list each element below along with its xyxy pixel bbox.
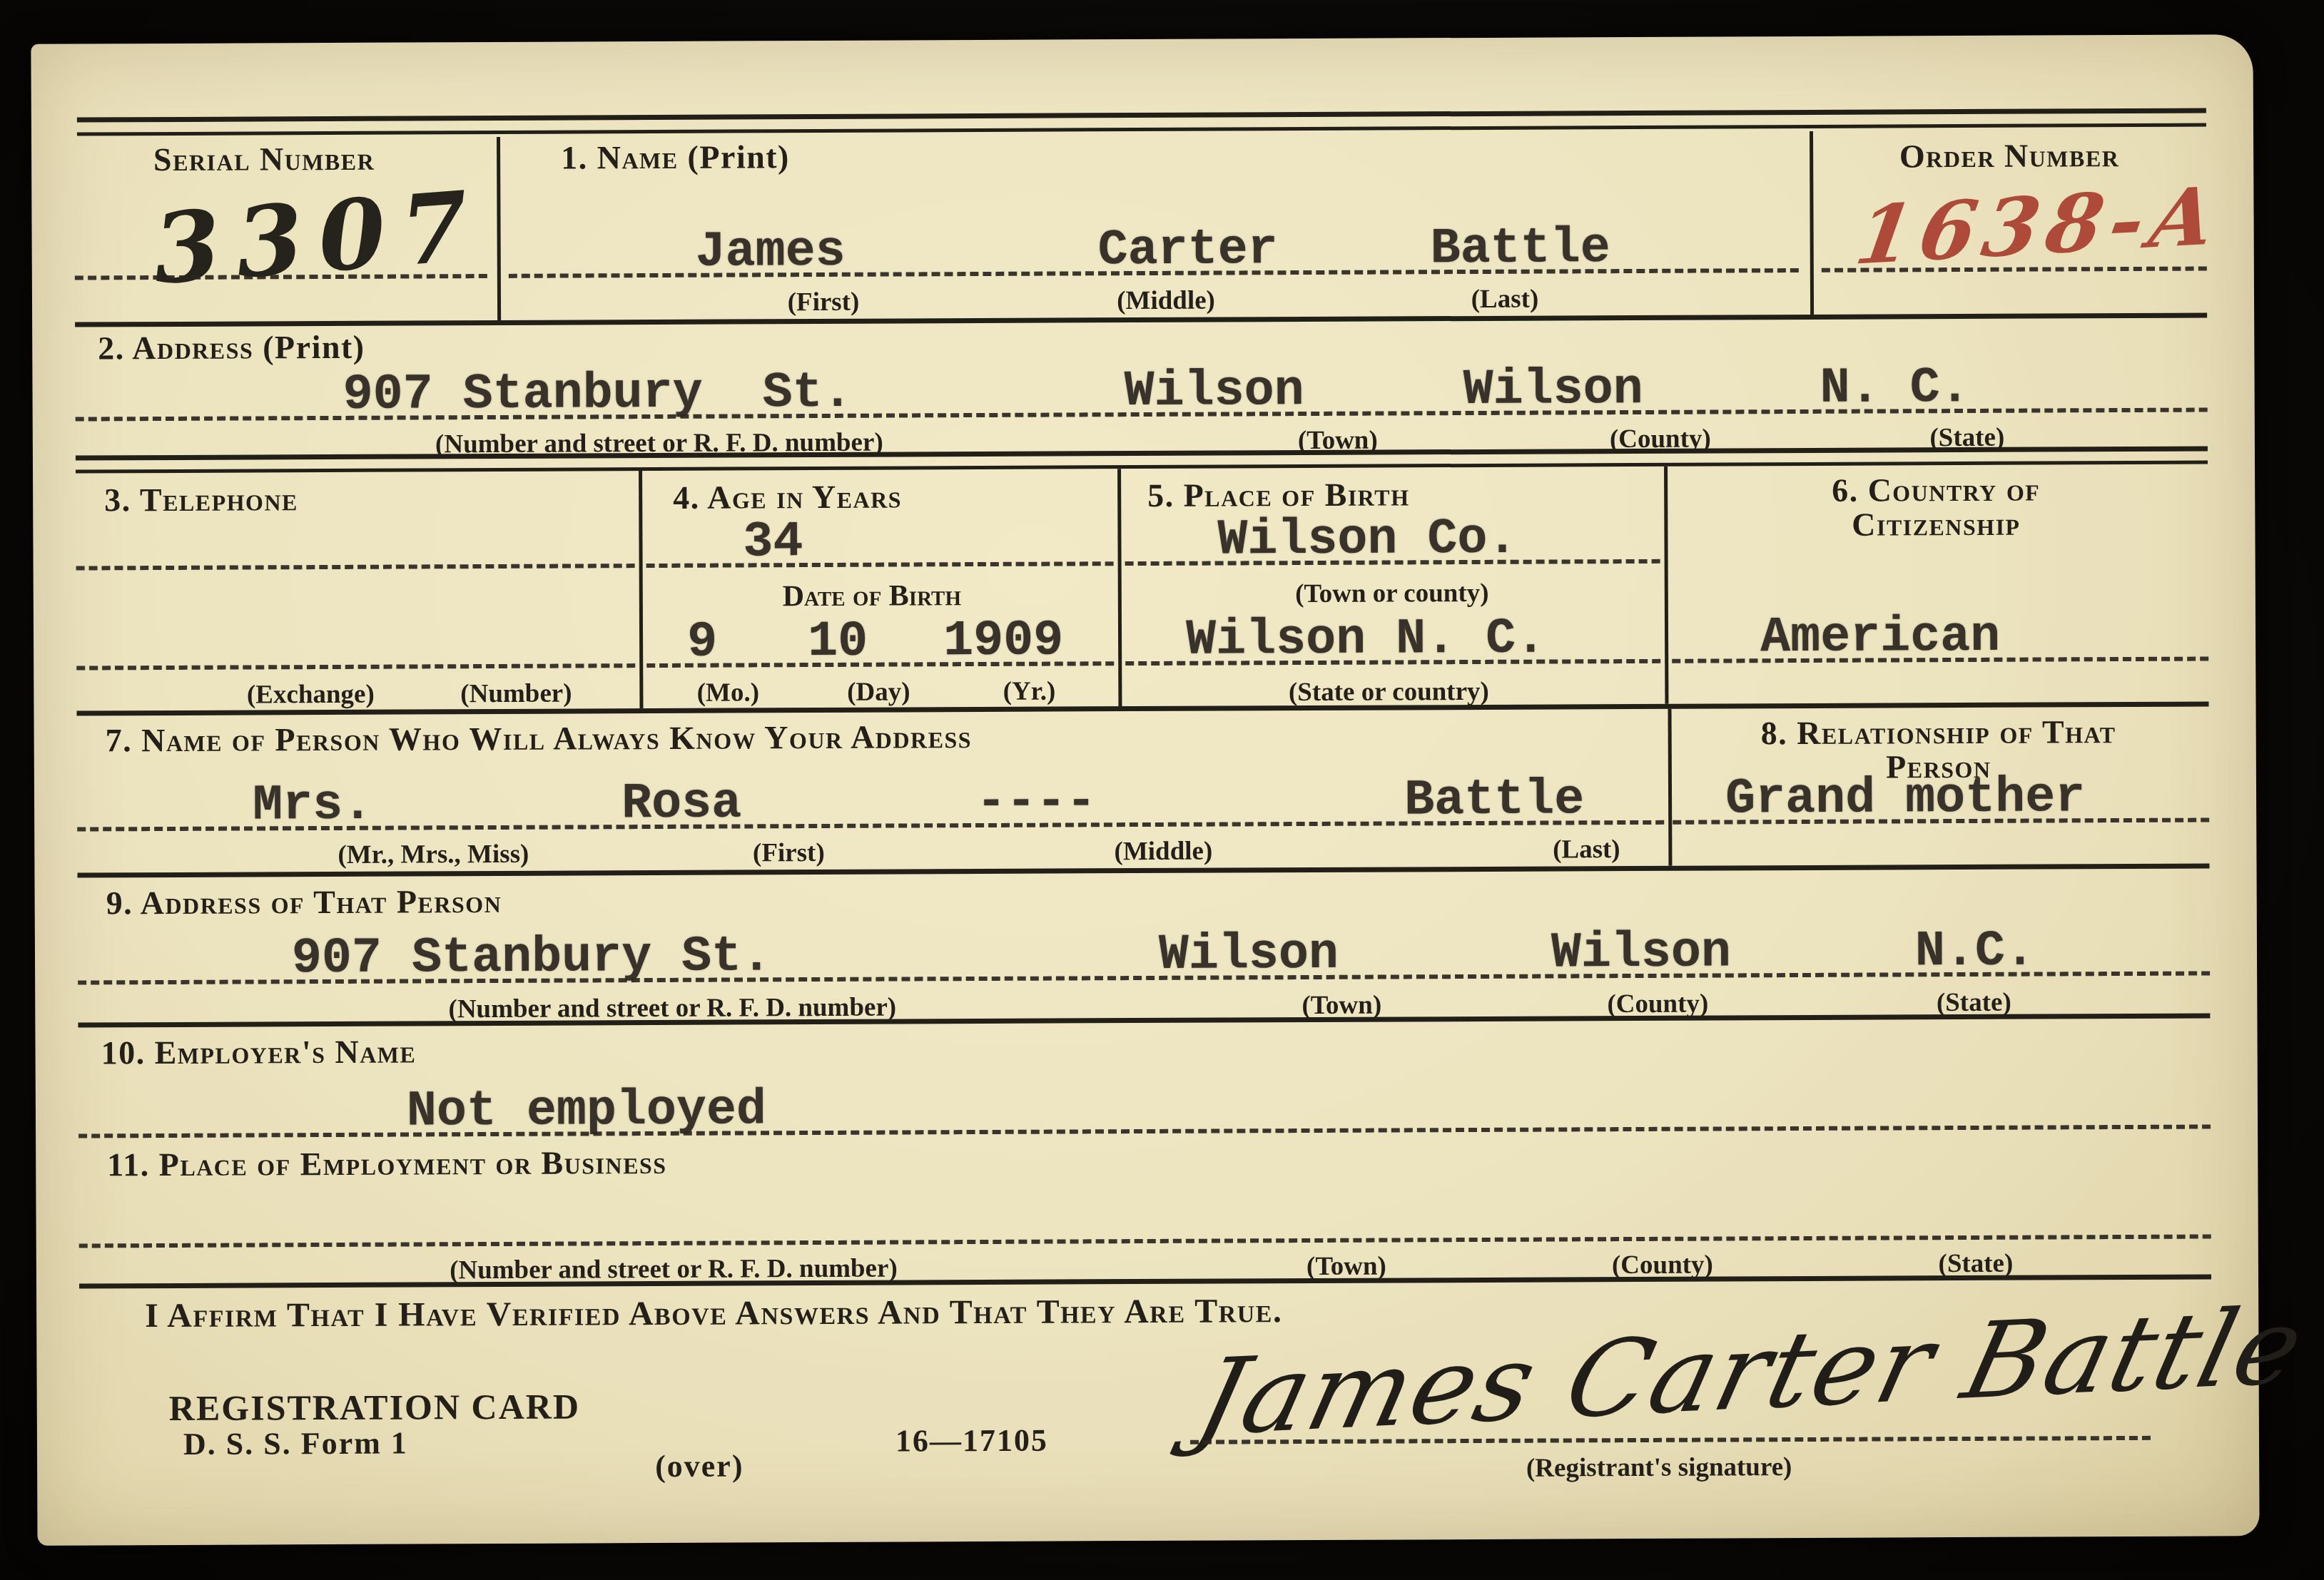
card-title: REGISTRATION CARD [169,1385,580,1429]
year-caption: (Yr.) [1003,676,1055,707]
day-caption: (Day) [847,676,910,707]
name-middle-value: Carter [1098,225,1278,276]
scan-background: Serial Number 3307 1. Name (Print) James… [0,0,2324,1580]
employer-value: Not employed [407,1086,766,1137]
address-heading-main: 2. Address [98,329,253,366]
name-heading-main: 1. Name [561,139,679,176]
birthplace-heading: 5. Place of Birth [1147,476,1410,513]
name-last-value: Battle [1431,224,1610,275]
signature-caption: (Registrant's signature) [1526,1452,1792,1484]
contact-heading: 7. Name of Person Who Will Always Know Y… [106,719,973,758]
form-number: D. S. S. Form 1 [183,1425,408,1462]
address-town-value: Wilson [1124,367,1304,417]
date-of-birth-heading: Date of Birth [783,579,961,613]
citizenship-value: American [1760,613,2000,663]
over-note: (over) [655,1447,744,1484]
top-rule-inner [77,123,2206,136]
middle-name-caption: (Middle) [1117,285,1215,317]
contact-address-county-value: Wilson [1551,928,1731,979]
row9-bottom-rule [78,1013,2210,1027]
address-state-value: N. C. [1820,364,1969,414]
order-number-heading: Order Number [1810,137,2209,174]
employment-place-heading: 11. Place of Employment or Business [107,1145,666,1183]
employment-county-caption: (County) [1612,1250,1713,1281]
registrant-signature: James Carter Battle [1188,1293,2313,1451]
age-writing-line [646,561,1114,568]
birthplace-town-caption: (Town or county) [1295,578,1489,609]
contact-address-town-value: Wilson [1159,930,1339,981]
relationship-heading-line1: 8. Relationship of That [1668,713,2209,751]
age-birthplace-divider [1117,469,1122,706]
birthplace-state-caption: (State or country) [1289,676,1489,708]
contact-address-heading: 9. Address of That Person [106,884,502,921]
birthplace-state-value: Wilson N. C. [1186,615,1546,666]
contact-middle-value: ---- [976,778,1096,828]
employer-writing-line [78,1124,2211,1138]
contact-title-caption: (Mr., Mrs., Miss) [338,839,529,870]
top-rule-outer [77,108,2206,123]
birth-day-value: 10 [808,618,868,668]
telephone-writing-line-upper [76,564,635,570]
number-caption: (Number) [460,678,572,710]
employer-heading: 10. Employer's Name [101,1034,416,1071]
age-heading: 4. Age in Years [673,479,902,515]
relationship-value: Grand mother [1725,773,2085,825]
contact-address-state-caption: (State) [1937,987,2011,1018]
citizenship-heading-line2: Citizenship [1664,505,2208,543]
order-number-value: 1638-A [1850,176,2226,277]
contact-address-state-value: N.C. [1915,927,2035,978]
contact-middle-caption: (Middle) [1114,836,1212,867]
first-name-caption: (First) [788,287,860,317]
row2-bottom-rule-outer [76,446,2208,460]
telephone-age-divider [639,471,643,708]
age-value: 34 [743,518,803,568]
order-writing-line [1822,267,2207,272]
contact-first-caption: (First) [753,837,825,868]
telephone-writing-line-lower [76,663,635,670]
address-street-value: 907 Stanbury St. [342,369,852,421]
row11-bottom-rule [79,1274,2211,1288]
affirmation-statement: I Affirm That I Have Verified Above Answ… [145,1293,1282,1335]
contact-address-street-value: 907 Stanbury St. [292,932,771,984]
contact-address-town-caption: (Town) [1301,990,1381,1021]
citizenship-heading-line1: 6. Country of [1664,471,2208,509]
print-code: 16—17105 [895,1422,1048,1459]
draft-registration-card: Serial Number 3307 1. Name (Print) James… [31,34,2259,1546]
month-caption: (Mo.) [697,677,760,708]
address-heading: 2. Address (Print) [98,330,365,366]
name-heading: 1. Name (Print) [561,139,790,175]
contact-first-value: Rosa [621,779,741,830]
contact-address-county-caption: (County) [1607,989,1708,1020]
name-first-value: James [696,228,846,278]
contact-title-value: Mrs. [253,781,372,832]
address-county-value: Wilson [1463,365,1643,416]
name-heading-suffix: (Print) [687,138,790,175]
birth-year-value: 1909 [943,616,1063,667]
row1-divider-left [497,137,501,320]
exchange-caption: (Exchange) [247,679,375,710]
birthplace-town-value: Wilson Co. [1217,515,1517,566]
address-heading-suffix: (Print) [263,329,365,366]
telephone-heading: 3. Telephone [104,481,298,518]
last-name-caption: (Last) [1471,284,1539,315]
birth-month-value: 9 [687,618,717,668]
employment-town-caption: (Town) [1306,1251,1386,1282]
contact-last-value: Battle [1404,775,1584,826]
contact-last-caption: (Last) [1553,834,1620,865]
employment-state-caption: (State) [1938,1248,2013,1279]
employment-place-writing-line [79,1234,2211,1248]
